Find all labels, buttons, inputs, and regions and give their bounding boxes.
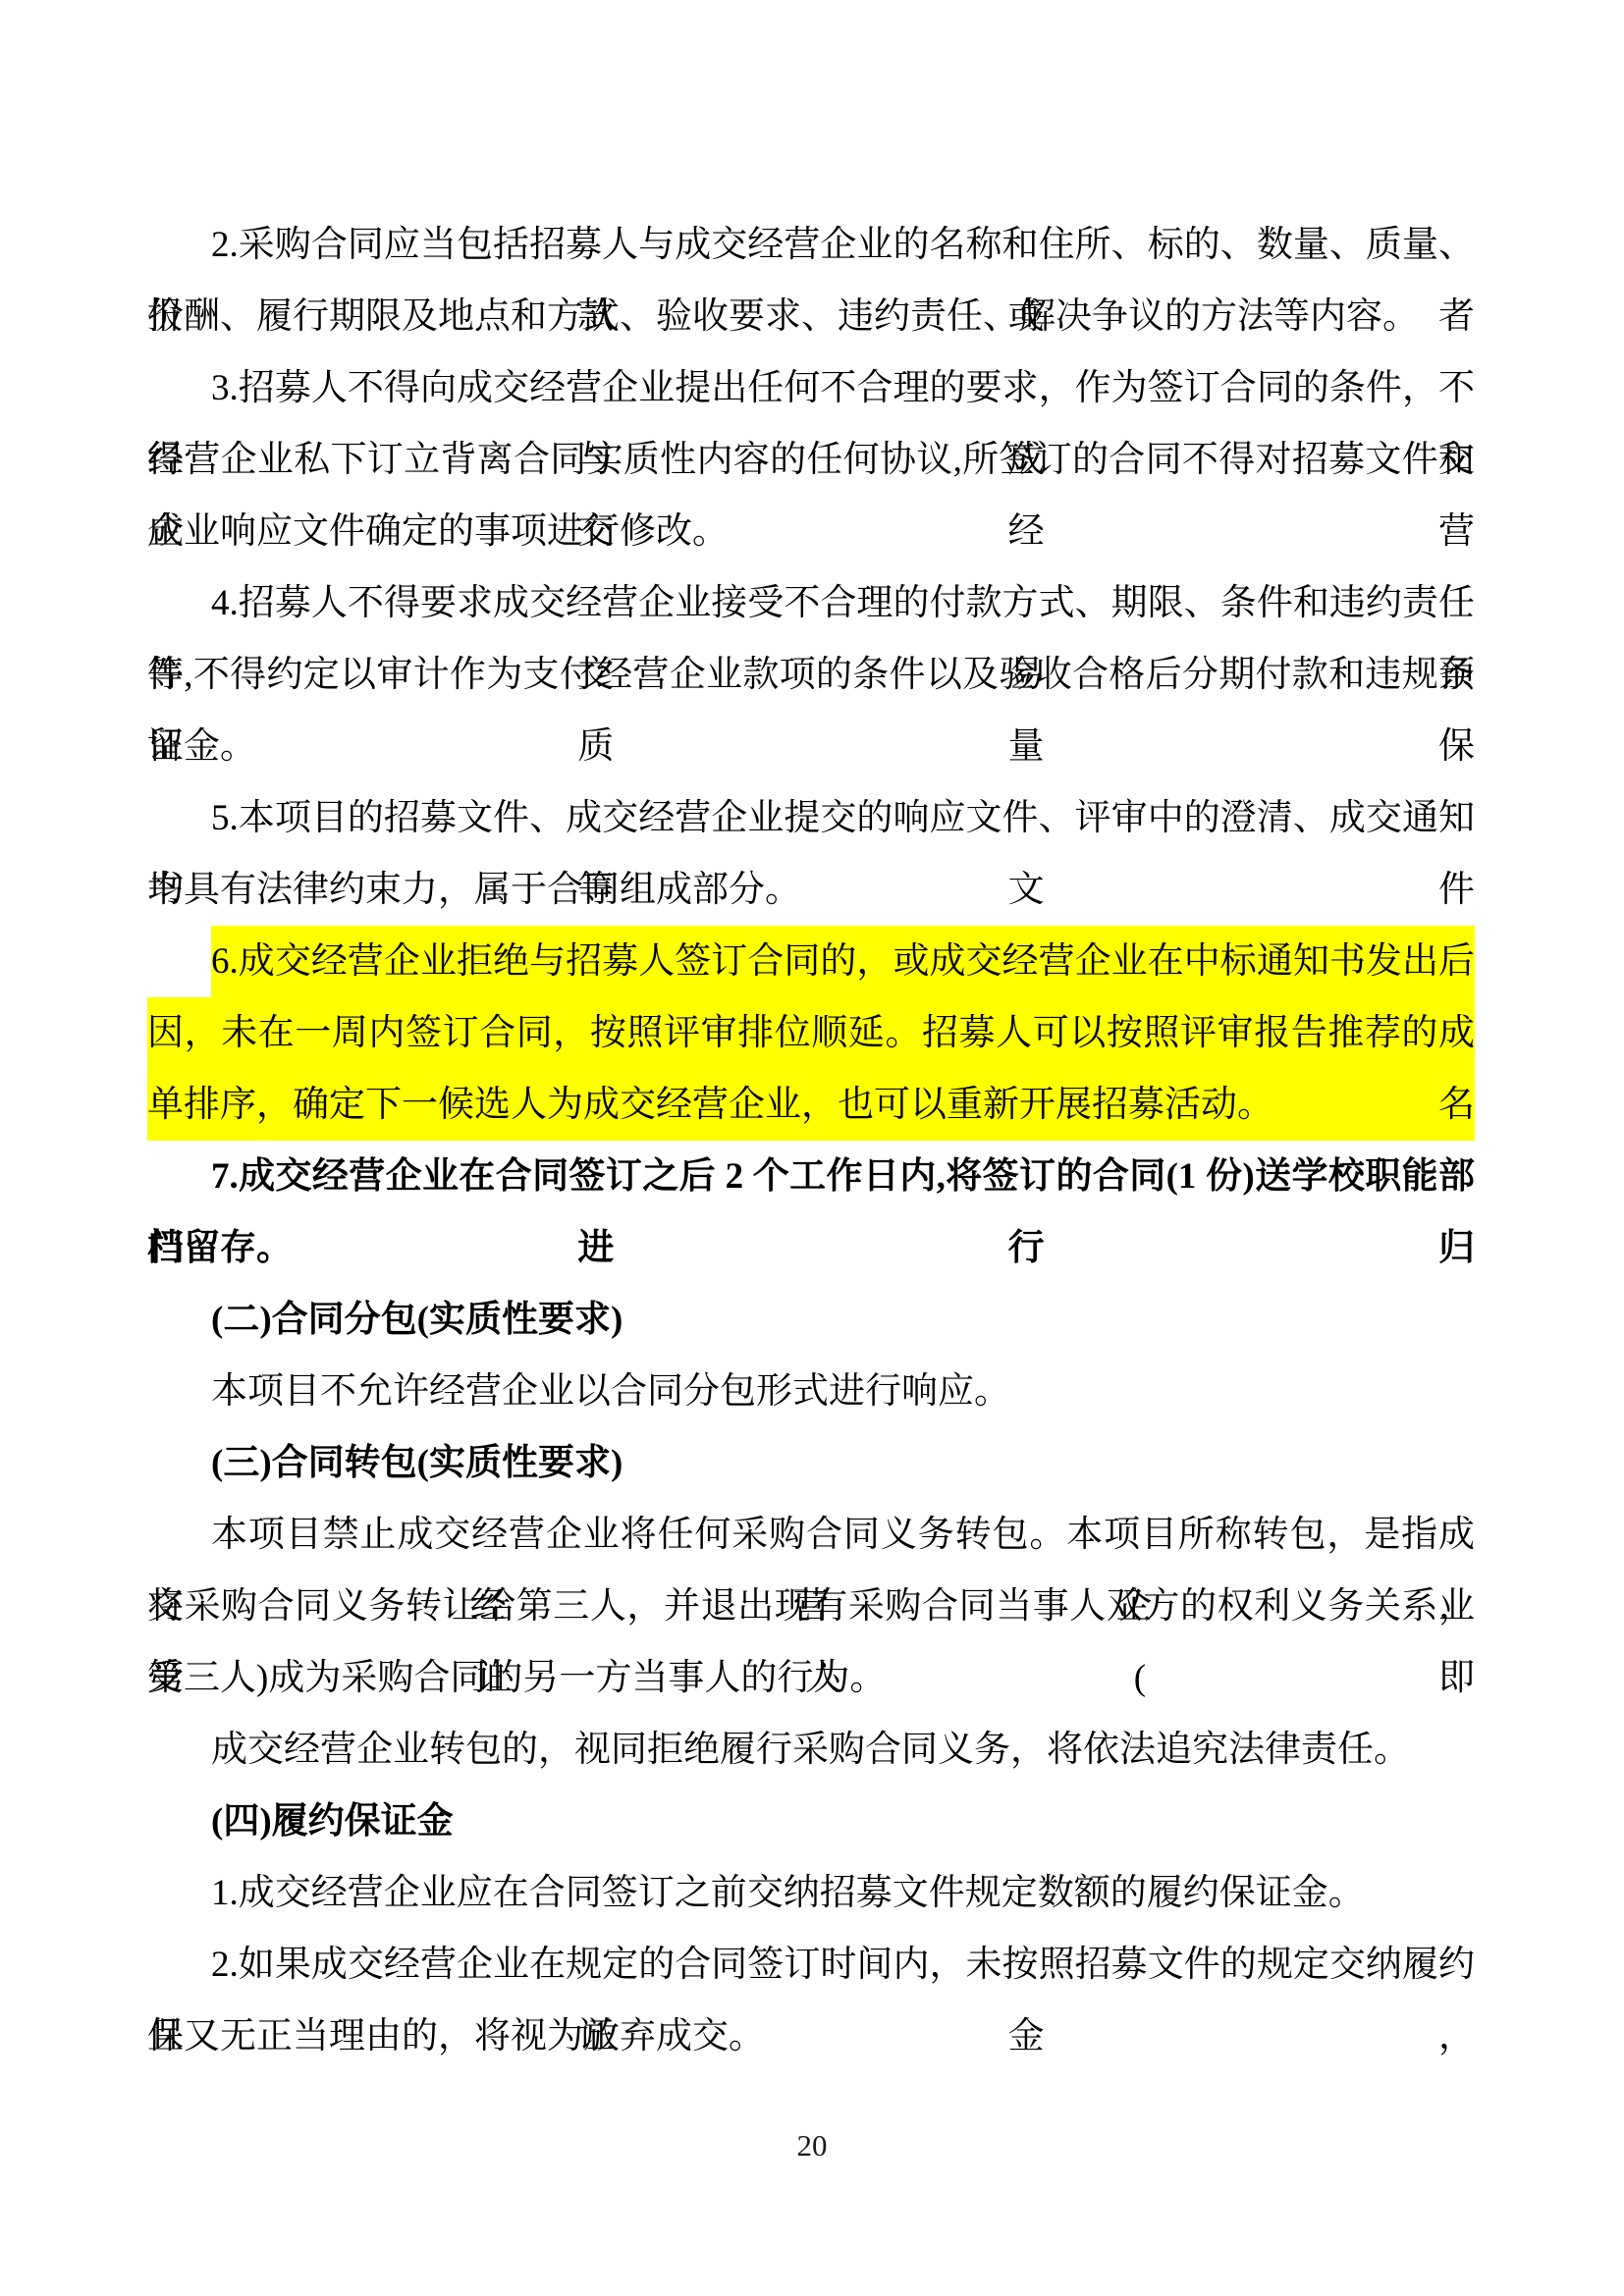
line-text: 本项目不允许经营企业以合同分包形式进行响应。 xyxy=(211,1371,1010,1412)
text-line: 经营企业私下订立背离合同实质性内容的任何协议,所签订的合同不得对招募文件和成交经… xyxy=(147,424,1475,496)
line-text: 件,不得约定以审计作为支付经营企业款项的条件以及验收合格后分期付款和违规预留质量… xyxy=(147,655,1475,767)
text-line: 3.招募人不得向成交经营企业提出任何不合理的要求，作为签订合同的条件，不得与成交 xyxy=(147,352,1475,424)
text-line: 2.如果成交经营企业在规定的合同签订时间内，未按照招募文件的规定交纳履约保证金， xyxy=(147,1929,1475,2001)
document-body: 2.采购合同应当包括招募人与成交经营企业的名称和住所、标的、数量、质量、价款或者… xyxy=(147,209,1475,2072)
text-line: (四)履约保证金 xyxy=(147,1786,1475,1857)
line-text: 单排序，确定下一候选人为成交经营企业，也可以重新开展招募活动。 xyxy=(147,1069,1273,1141)
text-line: 报酬、履行期限及地点和方式、验收要求、违约责任、解决争议的方法等内容。 xyxy=(147,281,1475,352)
line-text: 7.成交经营企业在合同签订之后 2 个工作日内,将签订的合同(1 份)送学校职能… xyxy=(147,1156,1475,1268)
text-line: 4.招募人不得要求成交经营企业接受不合理的付款方式、期限、条件和违约责任等交易条 xyxy=(147,567,1475,639)
text-line: 将采购合同义务转让给第三人，并退出现有采购合同当事人双方的权利义务关系，受让人(… xyxy=(147,1571,1475,1642)
text-line: 7.成交经营企业在合同签订之后 2 个工作日内,将签订的合同(1 份)送学校职能… xyxy=(147,1141,1475,1212)
highlighted-text-line: 因，未在一周内签订合同，按照评审排位顺延。招募人可以按照评审报告推荐的成交候选人… xyxy=(147,997,1475,1069)
line-text: 档留存。 xyxy=(147,1228,293,1268)
line-text: (三)合同转包(实质性要求) xyxy=(211,1443,623,1483)
text-line: 件,不得约定以审计作为支付经营企业款项的条件以及验收合格后分期付款和违规预留质量… xyxy=(147,639,1475,711)
highlighted-text-line: 6.成交经营企业拒绝与招募人签订合同的，或成交经营企业在中标通知书发出后因自身原 xyxy=(147,926,1475,997)
text-line: 本项目不允许经营企业以合同分包形式进行响应。 xyxy=(147,1356,1475,1427)
text-line: (二)合同分包(实质性要求) xyxy=(147,1284,1475,1356)
page-number: 20 xyxy=(0,2126,1624,2165)
line-text: 第三人)成为采购合同的另一方当事人的行为。 xyxy=(147,1658,886,1698)
line-text: 成交经营企业转包的，视同拒绝履行采购合同义务，将依法追究法律责任。 xyxy=(211,1730,1410,1770)
line-text: 1.成交经营企业应在合同签订之前交纳招募文件规定数额的履约保证金。 xyxy=(211,1873,1365,1913)
text-line: 5.本项目的招募文件、成交经营企业提交的响应文件、评审中的澄清、成交通知书等文件 xyxy=(147,782,1475,854)
document-page: 2.采购合同应当包括招募人与成交经营企业的名称和住所、标的、数量、质量、价款或者… xyxy=(0,0,1624,2296)
text-line: (三)合同转包(实质性要求) xyxy=(147,1427,1475,1499)
text-line: 本项目禁止成交经营企业将任何采购合同义务转包。本项目所称转包，是指成交经营企业 xyxy=(147,1499,1475,1571)
line-text: 报酬、履行期限及地点和方式、验收要求、违约责任、解决争议的方法等内容。 xyxy=(147,296,1419,337)
line-text: 证金。 xyxy=(147,726,256,767)
text-line: 2.采购合同应当包括招募人与成交经营企业的名称和住所、标的、数量、质量、价款或者 xyxy=(147,209,1475,281)
line-text: 企业响应文件确定的事项进行修改。 xyxy=(147,511,729,552)
line-text: (四)履约保证金 xyxy=(211,1801,454,1842)
line-text: 均具有法律约束力，属于合同组成部分。 xyxy=(147,870,801,910)
text-line: 1.成交经营企业应在合同签订之前交纳招募文件规定数额的履约保证金。 xyxy=(147,1857,1475,1929)
line-text: (二)合同分包(实质性要求) xyxy=(211,1300,623,1340)
line-text: 且又无正当理由的，将视为放弃成交。 xyxy=(147,2016,765,2056)
text-line: 成交经营企业转包的，视同拒绝履行采购合同义务，将依法追究法律责任。 xyxy=(147,1714,1475,1786)
